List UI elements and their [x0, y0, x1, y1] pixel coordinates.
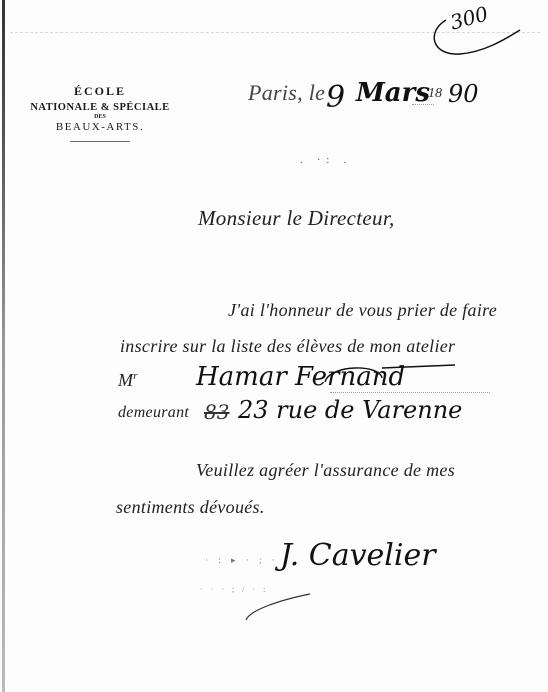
mr-prefix-m: M: [118, 370, 133, 390]
body-line-1: J'ai l'honneur de vous prier de faire: [228, 300, 497, 321]
closing-line-2: sentiments dévoués.: [116, 497, 265, 518]
date-year-printed: 18: [428, 86, 442, 102]
page-edge-shadow: [2, 0, 5, 692]
signature: J. Cavelier: [280, 538, 436, 573]
residence-label: demeurant: [118, 404, 189, 422]
signature-flourish: [240, 590, 320, 624]
date-year-handwritten: 90: [448, 80, 479, 108]
name-flourish: [320, 362, 460, 392]
letterhead-des: DES: [20, 114, 180, 120]
letterhead-beaux-arts: BEAUX-ARTS.: [20, 121, 180, 133]
closing-line-1: Veuillez agréer l'assurance de mes: [196, 460, 455, 481]
letterhead-nationale: NATIONALE & SPÉCIALE: [20, 102, 180, 113]
letterhead-ecole: ÉCOLE: [20, 84, 180, 99]
date-prefix: Paris, le: [248, 80, 325, 106]
letterhead-rule: [70, 141, 130, 142]
date-dotted-fill: [412, 104, 434, 105]
address: 23 rue de Varenne: [238, 396, 462, 424]
body-line-2: inscrire sur la liste des élèves de mon …: [120, 336, 455, 357]
faded-stamp: · : ▸ · ; ·: [205, 555, 279, 566]
mr-prefix-r: r: [133, 370, 138, 382]
date-day: 9: [326, 80, 345, 115]
salutation: Monsieur le Directeur,: [198, 206, 395, 231]
letter-page: 300 ÉCOLE NATIONALE & SPÉCIALE DES BEAUX…: [0, 0, 548, 692]
ornament-specks: . ·: .: [300, 155, 352, 166]
name-dotted-fill: [330, 392, 490, 393]
mr-prefix: Mr: [118, 370, 138, 391]
letterhead: ÉCOLE NATIONALE & SPÉCIALE DES BEAUX-ART…: [20, 84, 180, 142]
struck-out-number: 83: [204, 400, 229, 424]
